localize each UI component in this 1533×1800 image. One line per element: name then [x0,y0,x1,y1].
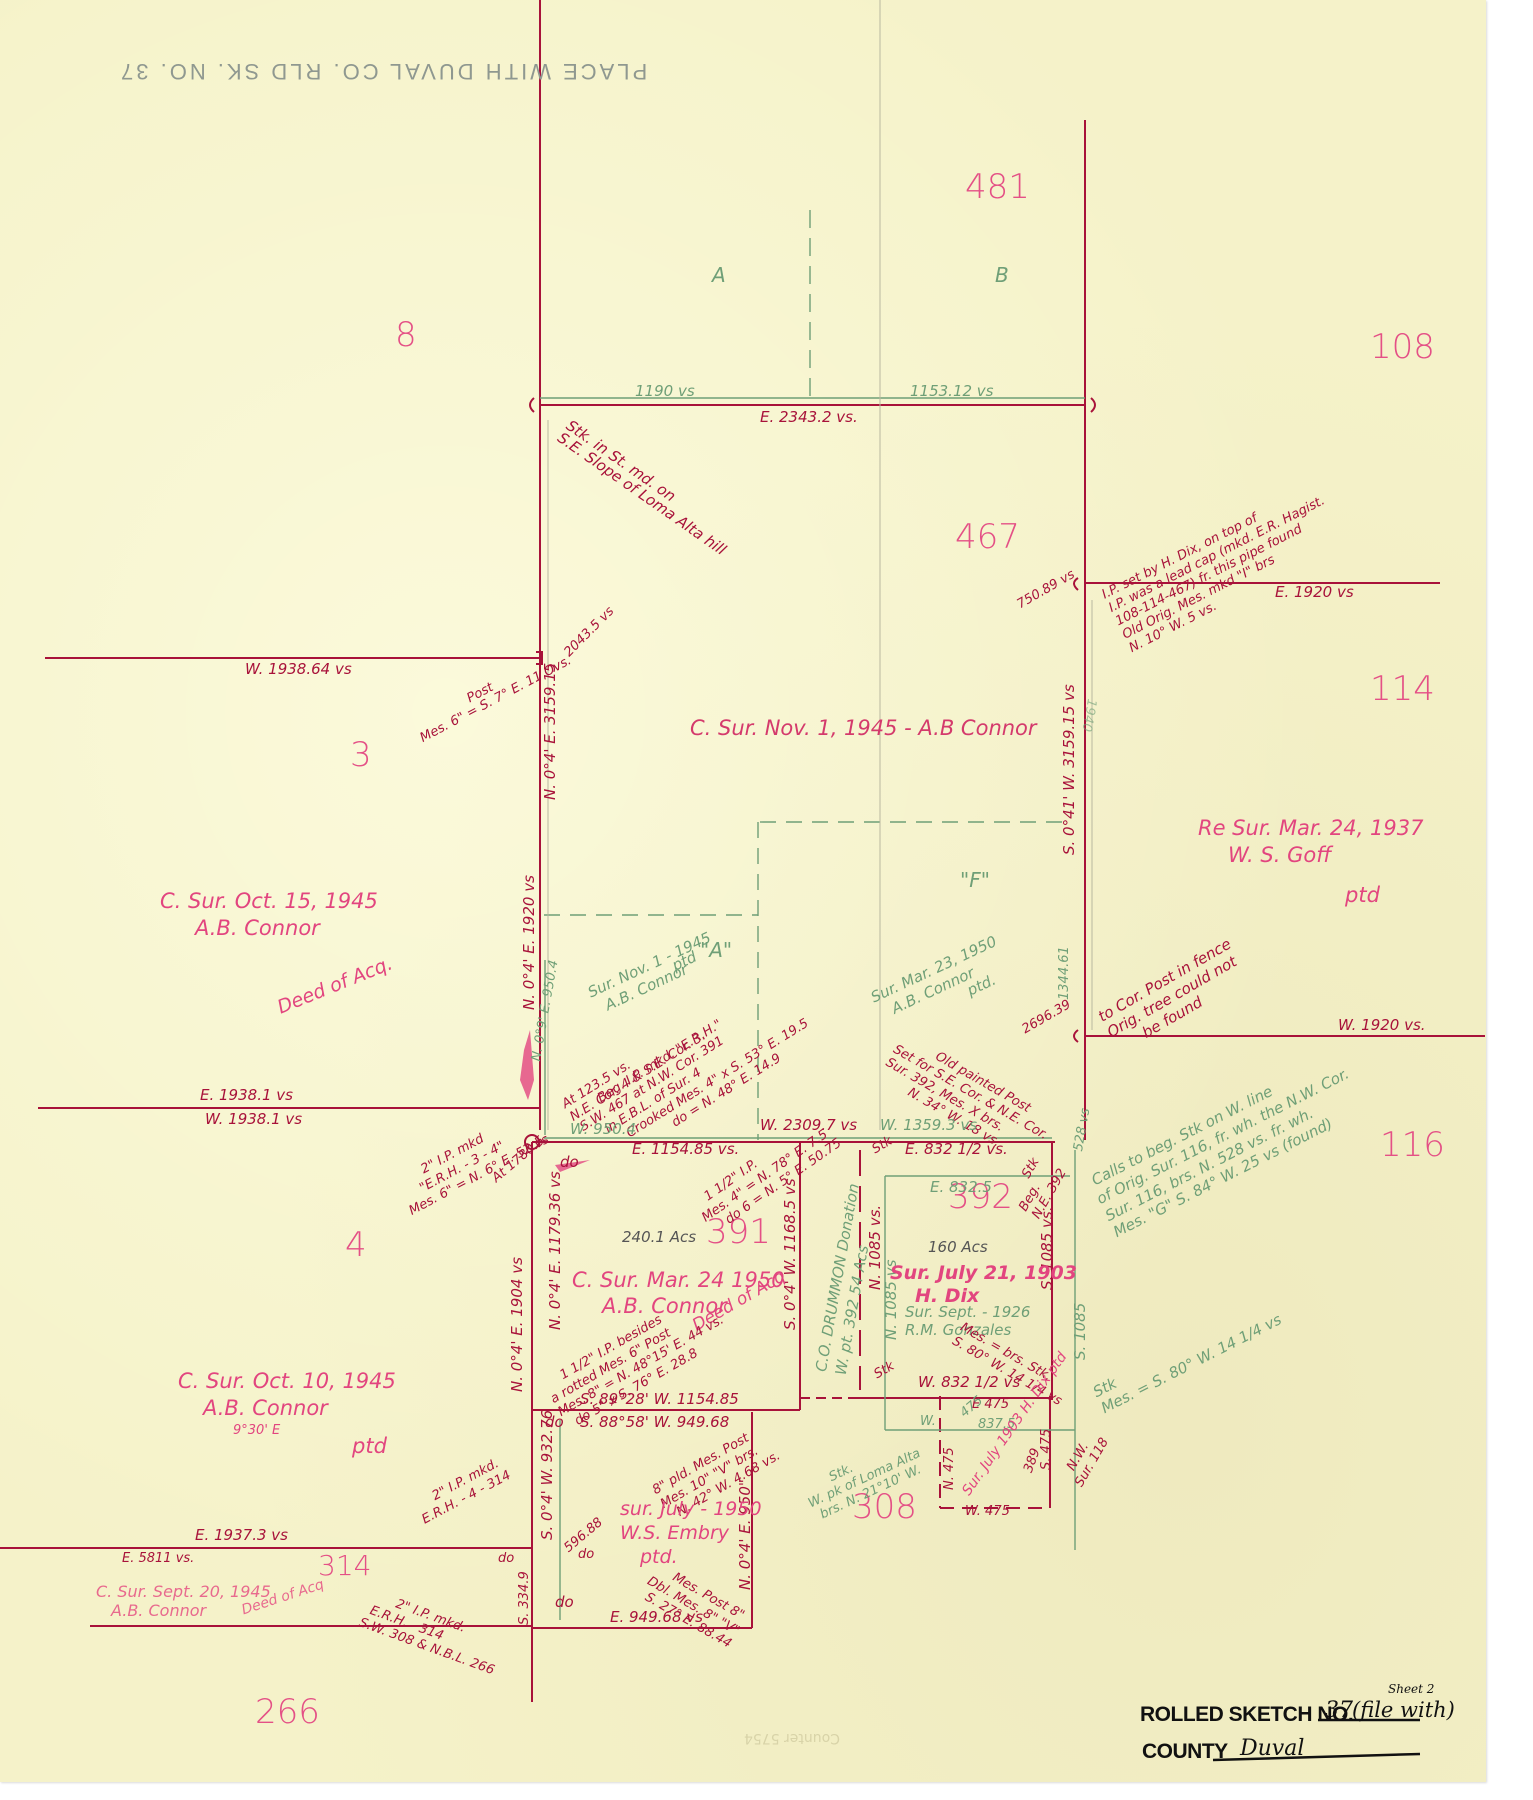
do-c: do [578,1548,594,1561]
dim-n1085-red: N. 1085 vs. [868,1205,883,1290]
dim-n04e1920: N. 0°4' E. 1920 vs [522,875,537,1010]
note-line: C. Sur. Oct. 15, 1945 [160,888,378,915]
dim-e5811: E. 5811 vs. [122,1552,194,1565]
rolled-sketch-label: ROLLED SKETCH NO. [1140,1703,1353,1727]
survey-number-116: 116 [1380,1128,1445,1162]
survey-number-8: 8 [395,318,417,352]
dim-e832-5: E. 832.5 [930,1180,992,1195]
dim-s04w932: S. 0°4' W. 932.76 [540,1410,555,1540]
survey-number-114: 114 [1370,672,1435,706]
county-label: COUNTY [1142,1740,1228,1764]
sheet-note: Sheet 2 [1388,1682,1434,1696]
survey-number-4: 4 [345,1228,367,1262]
note-line: C. Sur. Sept. 20, 1945 [96,1582,271,1601]
survey-note-july-1950: sur. July - 1950 W.S. Embry ptd. [620,1498,762,1569]
block-label-a-top: A [712,265,726,285]
survey-note-july-1903: Sur. July 21, 1903 H. Dix [890,1262,1077,1308]
note-line: W. S. Goff [1198,842,1423,869]
dim-s88w949: S. 88°58' W. 949.68 [580,1415,729,1430]
note-line: Sur. Sept. - 1926 [905,1303,1030,1321]
note-line: W.S. Embry [620,1522,762,1546]
dim-e1154: E. 1154.85 vs. [632,1142,739,1157]
note-line: A.B. Connor [178,1395,396,1422]
do-a: do [560,1155,579,1170]
survey-number-3: 3 [350,738,372,772]
green-w-short: W. [920,1415,936,1428]
ptd-116: ptd [1345,885,1380,906]
dim-n475: N. 475 [943,1447,956,1490]
dim-w832: W. 832 1/2 vs [918,1375,1020,1390]
dim-1190: 1190 vs [635,384,695,399]
survey-number-467: 467 [955,520,1020,554]
dim-n04e1179: N. 0°4' E. 1179.36 vs [548,1171,563,1330]
acres-160: 160 Acs [928,1240,988,1255]
mirrored-header-note: PLACE WITH DUVAL CO. RLD SK. NO. 37 [118,60,647,82]
survey-number-266: 266 [255,1695,320,1729]
dim-1153: 1153.12 vs [910,384,994,399]
acres-240: 240.1 Acs [622,1230,696,1245]
dim-n04e1904: N. 0°4' E. 1904 vs [510,1257,525,1392]
dim-w475: W. 475 [965,1505,1010,1518]
survey-note-oct15-1945: C. Sur. Oct. 15, 1945 A.B. Connor [160,888,378,943]
survey-note-oct10-1945: C. Sur. Oct. 10, 1945 A.B. Connor 9°30' … [178,1368,396,1439]
ptd-4: ptd [352,1436,387,1457]
dim-e1920-top: E. 1920 vs [1275,585,1354,600]
dim-s89w1154: S. 89°28' W. 1154.85 [580,1392,739,1407]
county-value: Duval [1240,1736,1304,1761]
file-with-note: (file with) [1352,1698,1455,1722]
note-line: sur. July - 1950 [620,1498,762,1522]
note-line: ptd. [620,1546,762,1570]
dim-s04w1168: S. 0°4' W. 1168.5 vs [783,1178,798,1330]
dim-s475: S. 475 [1040,1429,1053,1470]
survey-number-481: 481 [965,170,1030,204]
dim-w1938b: W. 1938.1 vs [205,1112,302,1127]
dim-e949: E. 949.68 vs [610,1610,703,1625]
do-d: do [498,1552,514,1565]
survey-note-nov-1945: C. Sur. Nov. 1, 1945 - A.B Connor [690,718,1037,739]
dim-1344: 1344.61 [1058,946,1071,1000]
dim-w950: W. 950.4 [570,1122,636,1137]
dim-s1085-green: S. 1085 [1073,1303,1088,1360]
do-e: do [555,1595,574,1610]
survey-number-108: 108 [1370,330,1435,364]
survey-number-314: 314 [318,1552,371,1580]
note-line: Sur. July 21, 1903 [890,1262,1077,1285]
note-line: A.B. Connor [160,915,378,942]
faint-counter-number: Counter 5754 [744,1731,840,1745]
dim-s041w3159: S. 0°41' W. 3159.15 vs [1062,684,1077,855]
dim-w1938: W. 1938.64 vs [245,662,352,677]
note-line: Re Sur. Mar. 24, 1937 [1198,815,1423,842]
block-label-f-mid: "F" [960,870,990,890]
dim-e1937: E. 1937.3 vs [195,1528,288,1543]
dim-e2343: E. 2343.2 vs. [760,410,858,425]
survey-note-resur-1937: Re Sur. Mar. 24, 1937 W. S. Goff [1198,815,1423,870]
dim-w1359: W. 1359.3 vs [880,1118,977,1133]
note-line: C. Sur. Oct. 10, 1945 [178,1368,396,1395]
dim-e1938: E. 1938.1 vs [200,1088,293,1103]
rolled-sketch-number: 37 [1325,1698,1353,1723]
dim-w1920-mid: W. 1920 vs. [1338,1018,1426,1033]
block-label-b-top: B [995,265,1009,285]
dim-s3349: S. 334.9 [518,1571,531,1625]
dim-e832-half: E. 832 1/2 vs. [905,1142,1008,1157]
dim-n04e3159: N. 0°4' E. 3159.15 [543,663,558,800]
